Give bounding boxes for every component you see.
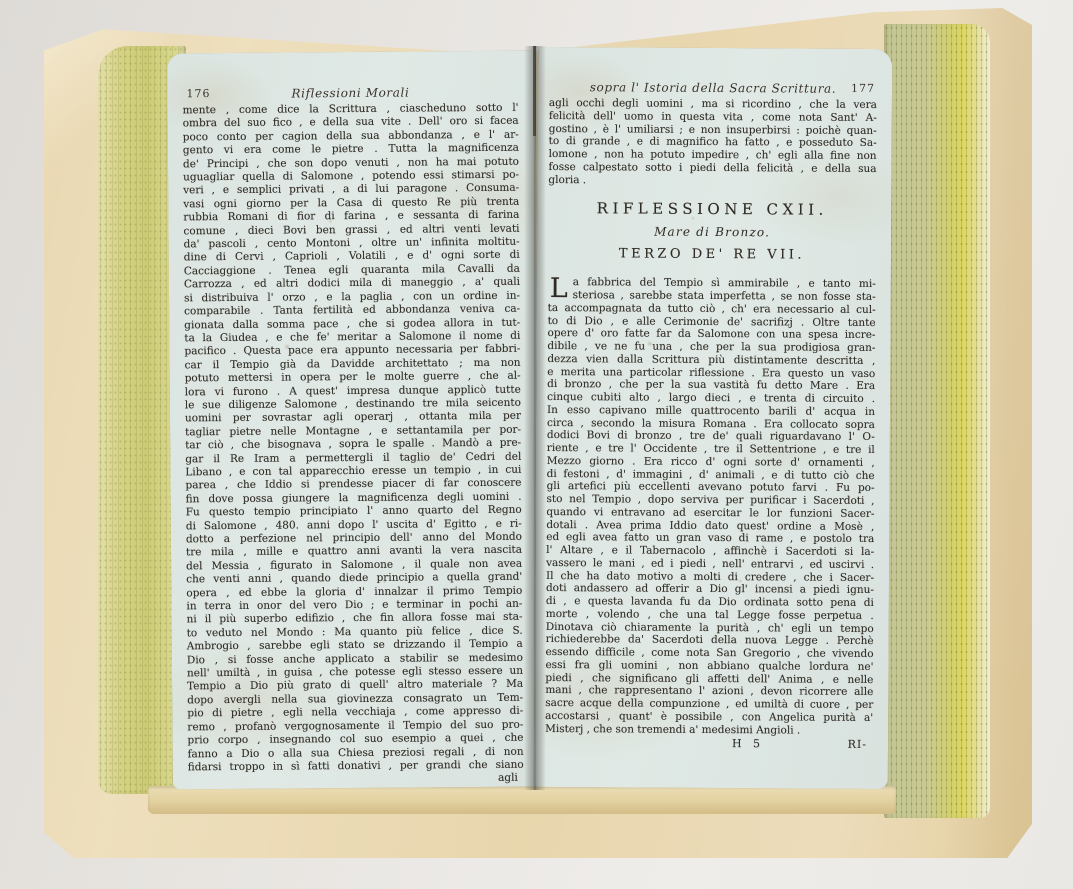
bottom-binding-edge: [148, 786, 896, 814]
text-line: gloria .: [548, 173, 876, 188]
right-page-header: sopra l' Istoria della Sacra Scrittura. …: [549, 80, 877, 97]
right-continuation-text: agli occhi degli uomini , ma si ricordin…: [548, 97, 877, 188]
right-page-fore-edge: [884, 24, 990, 818]
drop-cap-letter: L: [548, 276, 573, 300]
chapter-reference: TERZO DE' RE VII.: [548, 246, 876, 263]
section-heading: RIFLESSIONE CXII.: [548, 199, 876, 219]
text-line: Misterj , che son tremendi a' medesimi A…: [545, 722, 873, 737]
text-line: quando vi entravano ad esercitar le lor …: [546, 506, 874, 521]
text-line: In esso capivano mille quattrocento bari…: [547, 404, 875, 419]
left-page: 176 Riflessioni Morali mente , come dice…: [167, 51, 541, 790]
left-page-header: 176 Riflessioni Morali: [182, 85, 518, 103]
left-page-number: 176: [186, 87, 210, 100]
photo-of-open-book: 176 Riflessioni Morali mente , come dice…: [0, 0, 1073, 889]
text-line: fosse calpestato sotto i piedi della fel…: [548, 161, 876, 176]
left-running-title: Riflessioni Morali: [182, 85, 518, 102]
text-line: vassero le mani , ed i piedi , nell' ent…: [546, 557, 874, 572]
right-body-block: L a fabbrica del Tempio sì ammirabile , …: [545, 276, 876, 737]
right-page-number: 177: [851, 82, 875, 95]
right-catchword: RI-: [848, 738, 867, 751]
text-line: dezza vien dalla Scrittura più distintam…: [547, 353, 875, 368]
right-body-text: a fabbrica del Tempio sì ammirabile , e …: [545, 276, 876, 737]
section-subtitle: Mare di Bronzo.: [548, 224, 876, 240]
right-running-title: sopra l' Istoria della Sacra Scrittura.: [549, 80, 877, 96]
text-line: morte , volendo , che una tal Legge foss…: [546, 608, 874, 623]
text-line: essi fra gli uomini , non abbiano qualch…: [545, 659, 873, 674]
right-page: sopra l' Istoria della Sacra Scrittura. …: [534, 47, 893, 789]
signature-mark: H 5: [732, 737, 764, 750]
center-gutter-shadow: [524, 46, 546, 790]
left-body-text: mente , come dice la Scrittura , ciasche…: [183, 102, 524, 775]
text-line: ta accompagnata da tutto ciò , ch' era n…: [548, 302, 876, 317]
right-page-footer: H 5 RI-: [545, 736, 873, 752]
left-catchword: agli: [188, 772, 524, 788]
text-line: Mezzo giorno . Era ricco d' ogni sorte d…: [547, 455, 875, 470]
